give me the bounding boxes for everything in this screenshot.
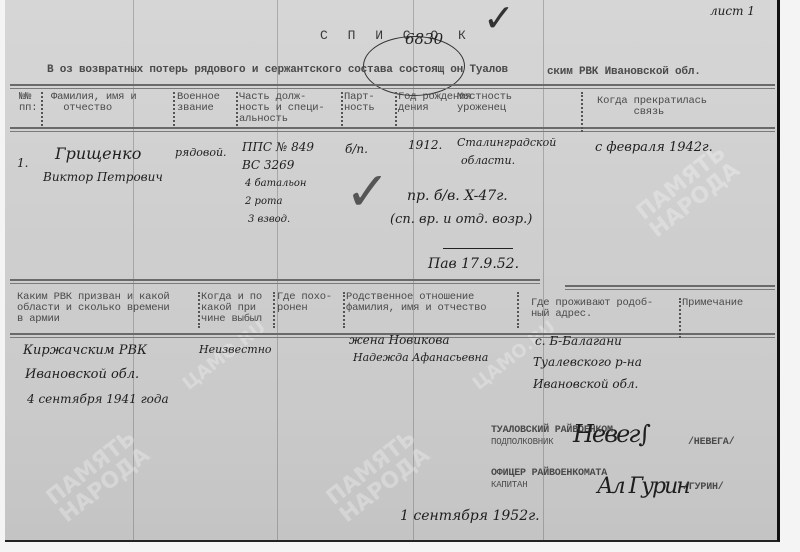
address-line: Ивановской обл.: [533, 377, 638, 391]
table-rule: [10, 279, 540, 284]
annotation-line: пр. б/в. X-47г.: [407, 188, 508, 204]
checkmark-icon: ✓: [345, 160, 390, 223]
officer-name: /ГУРИН/: [683, 482, 724, 493]
lost-contact: с февраля 1942г.: [595, 140, 713, 155]
unit-line: ППС № 849: [242, 140, 314, 154]
column-divider: [343, 292, 345, 328]
table-rule: [10, 84, 155, 89]
header-number: №№ пп:: [19, 92, 37, 114]
document-scan: ПАМЯТЬ НАРОДА ПАМЯТЬ НАРОДА ПАМЯТЬ НАРОД…: [5, 0, 780, 542]
column-divider: [581, 92, 583, 132]
column-divider: [273, 292, 275, 328]
relative-line: жена Новикова: [349, 333, 450, 347]
unit-line: ВС 3269: [242, 158, 294, 172]
officer-signature: Ал Гурин: [597, 474, 689, 499]
header-party: Парт- ность: [344, 92, 375, 114]
row-number: 1.: [17, 156, 28, 170]
document-subtitle: В оз возвратных потерь рядового и сержан…: [47, 65, 508, 76]
column-divider: [395, 92, 397, 126]
table-rule: [10, 127, 775, 132]
header-rank: Военное звание: [177, 92, 220, 114]
relative-line: Надежда Афанасьевна: [353, 351, 488, 364]
commissar-name: /НЕВЕГА/: [688, 437, 734, 448]
unit-line: 2 рота: [245, 196, 282, 207]
unit-line: 3 взвод.: [248, 214, 290, 225]
watermark: ПАМЯТЬ НАРОДА: [43, 427, 154, 527]
column-divider: [41, 92, 43, 126]
party: б/п.: [345, 142, 368, 156]
conscripted-line: Киржачским РВК: [23, 343, 147, 358]
conscripted-line: 4 сентября 1941 года: [27, 392, 169, 406]
header-buried: Где похо- ронен: [277, 292, 332, 314]
column-divider: [173, 92, 175, 126]
annotation-signature: Пав 17.9.52.: [428, 256, 519, 272]
header-address: Где проживают родоб- ный адрес.: [531, 298, 653, 320]
address-line: с. Б-Балагани: [535, 334, 622, 348]
when-left: Неизвестно: [199, 343, 272, 356]
commissar-rank: ПОДПОЛКОВНИК: [491, 437, 553, 448]
checkmark-icon: ✓: [483, 0, 515, 40]
officer-title: ОФИЦЕР РАЙВОЕНКОМАТА: [491, 468, 607, 479]
watermark-small: ЦАМО.RU: [179, 317, 271, 395]
birth-year: 1912.: [408, 138, 442, 152]
header-birthplace: Местность уроженец: [457, 92, 512, 114]
surname: Грищенко: [55, 144, 141, 163]
watermark: ПАМЯТЬ НАРОДА: [633, 142, 744, 242]
address-line: Туалевского р-на: [533, 355, 642, 369]
rank: рядовой.: [175, 146, 227, 159]
header-unit: Часть долж- ность и специ- альность: [239, 92, 324, 125]
table-rule: [155, 84, 775, 89]
header-when-left: Когда и по какой при чине выбыл: [201, 292, 262, 325]
annotation-line: (сп. вр. и отд. возр.): [390, 212, 532, 227]
header-full-name: Фамилия, имя и отчество: [51, 92, 136, 114]
fold-line: [543, 0, 544, 540]
column-divider: [679, 298, 681, 338]
document-date: 1 сентября 1952г.: [400, 508, 540, 524]
unit-line: 4 батальон: [245, 178, 306, 189]
annotation-underline: [443, 248, 513, 249]
birthplace-line: области.: [461, 154, 515, 167]
birthplace-line: Сталинградской: [457, 136, 556, 149]
fold-line: [277, 0, 278, 540]
header-conscripted: Каким РВК призван и какой области и скол…: [17, 292, 170, 325]
column-divider: [341, 92, 343, 126]
document-subtitle-right: ским РВК Ивановской обл.: [547, 67, 701, 78]
column-divider: [517, 292, 519, 328]
table-rule: [565, 285, 775, 290]
page-number: лист 1: [710, 4, 755, 18]
column-divider: [198, 292, 200, 328]
conscripted-line: Ивановской обл.: [25, 367, 139, 382]
header-note: Примечание: [682, 298, 743, 309]
header-lost-contact: Когда прекратилась связь: [597, 96, 707, 118]
stamp-number: 6830: [405, 30, 443, 48]
officer-rank: КАПИТАН: [491, 480, 527, 491]
commissar-signature: Невег∫: [573, 420, 649, 448]
column-divider: [236, 92, 238, 126]
header-relative: Родственное отношение фамилия, имя и отч…: [346, 292, 486, 314]
name-patronymic: Виктор Петрович: [43, 170, 163, 184]
